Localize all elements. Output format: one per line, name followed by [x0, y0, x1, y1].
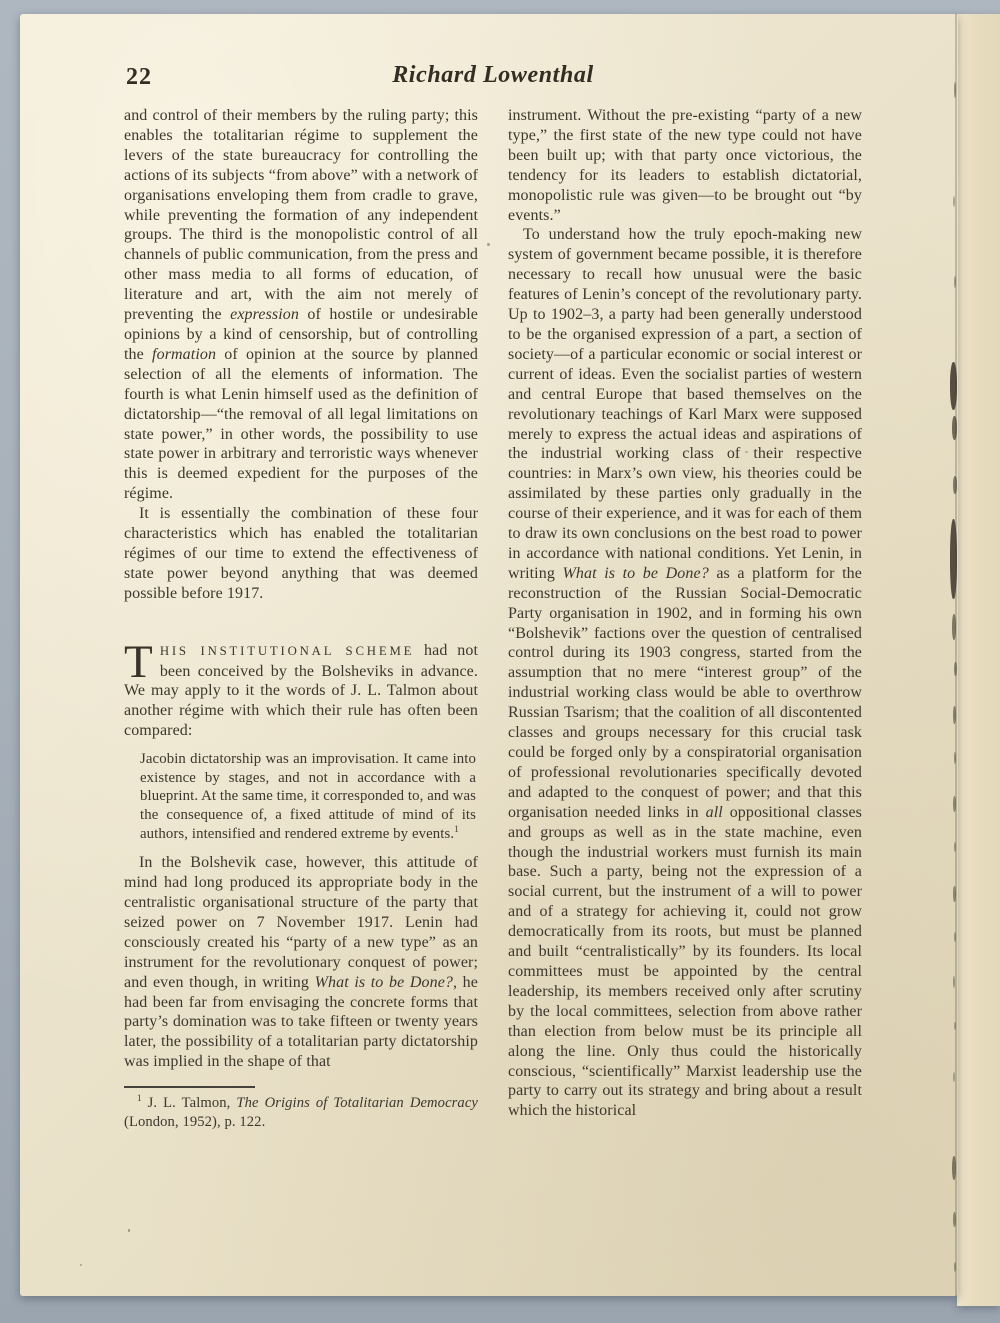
block-quote: Jacobin dictatorship was an improvisatio… [140, 750, 476, 843]
paragraph-continued: and control of their members by the ruli… [124, 106, 478, 504]
running-head: Richard Lowenthal [124, 62, 862, 89]
drop-cap-letter: T [124, 641, 160, 680]
dust-speck [128, 1229, 130, 1232]
section-text: HIS INSTITUTIONAL SCHEME had not been co… [124, 642, 478, 740]
text-columns: and control of their members by the ruli… [124, 106, 862, 1132]
scan-background: { "colors": { "backdrop": "#a8b1ba", "pa… [0, 0, 1000, 1323]
book-page: 22 Richard Lowenthal and control of thei… [20, 14, 958, 1296]
section-opening-paragraph: THIS INSTITUTIONAL SCHEME had not been c… [124, 641, 478, 742]
paragraph-continued: instrument. Without the pre-existing “pa… [508, 106, 862, 225]
page-header: 22 Richard Lowenthal [124, 62, 862, 96]
paragraph: In the Bolshevik case, however, this att… [124, 853, 478, 1072]
paragraph: To understand how the truly epoch-making… [508, 225, 862, 1121]
dust-speck [487, 243, 490, 246]
dust-speck [80, 1264, 82, 1266]
right-column: instrument. Without the pre-existing “pa… [508, 106, 862, 1132]
next-page-edge [957, 14, 1000, 1306]
footnote-rule [124, 1086, 255, 1088]
left-column: and control of their members by the ruli… [124, 106, 478, 1132]
dust-speck [745, 451, 748, 453]
footnote: 1 J. L. Talmon, The Origins of Totalitar… [124, 1094, 478, 1132]
paragraph: It is essentially the combination of the… [124, 504, 478, 604]
